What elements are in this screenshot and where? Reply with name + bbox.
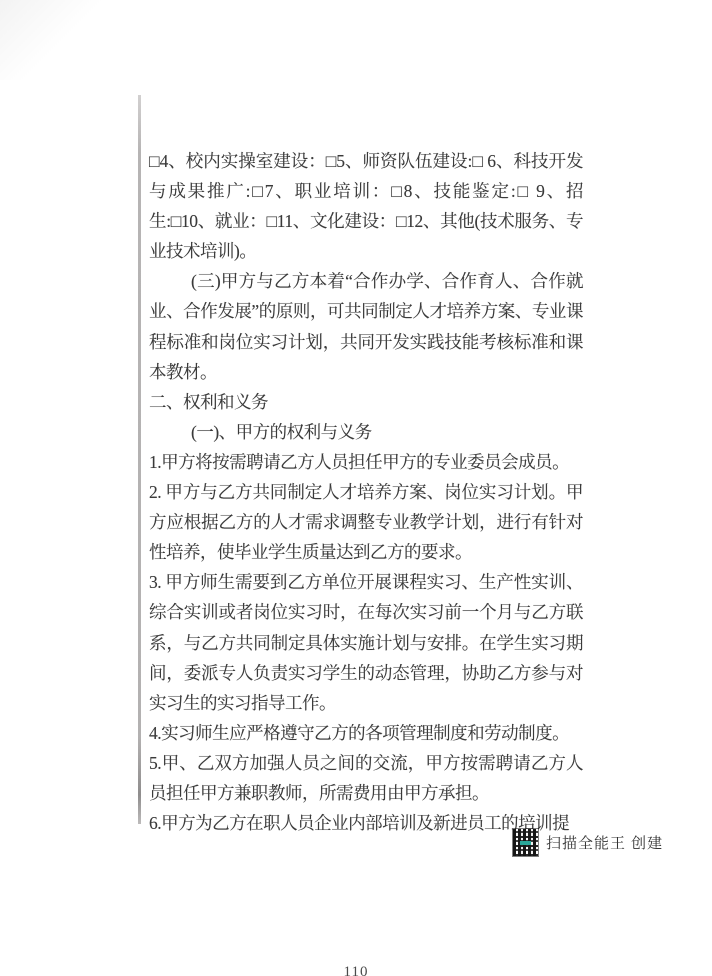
paragraph-item-2: 2. 甲方与乙方共同制定人才培养方案、岗位实习计划。甲方应根据乙方的人才需求调整… <box>149 477 583 567</box>
paragraph-clause-3: (三)甲方与乙方本着“合作办学、合作育人、合作就业、合作发展”的原则，可共同制定… <box>149 266 583 386</box>
camscanner-watermark-label: 扫描全能王 创建 <box>546 832 663 853</box>
paragraph-item-1: 1.甲方将按需聘请乙方人员担任甲方的专业委员会成员。 <box>149 447 583 477</box>
camscanner-watermark: 扫描全能王 创建 <box>513 829 663 856</box>
qr-code-icon <box>513 829 538 856</box>
paragraph-item-3: 3. 甲方师生需要到乙方单位开展课程实习、生产性实训、综合实训或者岗位实习时，在… <box>149 567 583 717</box>
subsection-1-heading: (一)、甲方的权利与义务 <box>149 417 583 447</box>
paragraph-checkbox-options: □4、校内实操室建设：□5、师资队伍建设:□ 6、科技开发与成果推广:□7、职业… <box>149 146 583 266</box>
page-number: 110 <box>344 965 369 976</box>
section-2-heading: 二、权利和义务 <box>149 387 583 417</box>
scanned-document-page: { "page": { "background": "#ffffff", "pa… <box>0 0 712 976</box>
scan-fold-line <box>138 95 141 824</box>
paragraph-item-4: 4.实习师生应严格遵守乙方的各项管理制度和劳动制度。 <box>149 718 583 748</box>
contract-text-column: □4、校内实操室建设：□5、师资队伍建设:□ 6、科技开发与成果推广:□7、职业… <box>149 146 583 838</box>
scan-corner-shadow <box>0 0 110 80</box>
paragraph-item-5: 5.甲、乙双方加强人员之间的交流，甲方按需聘请乙方人员担任甲方兼职教师，所需费用… <box>149 748 583 808</box>
